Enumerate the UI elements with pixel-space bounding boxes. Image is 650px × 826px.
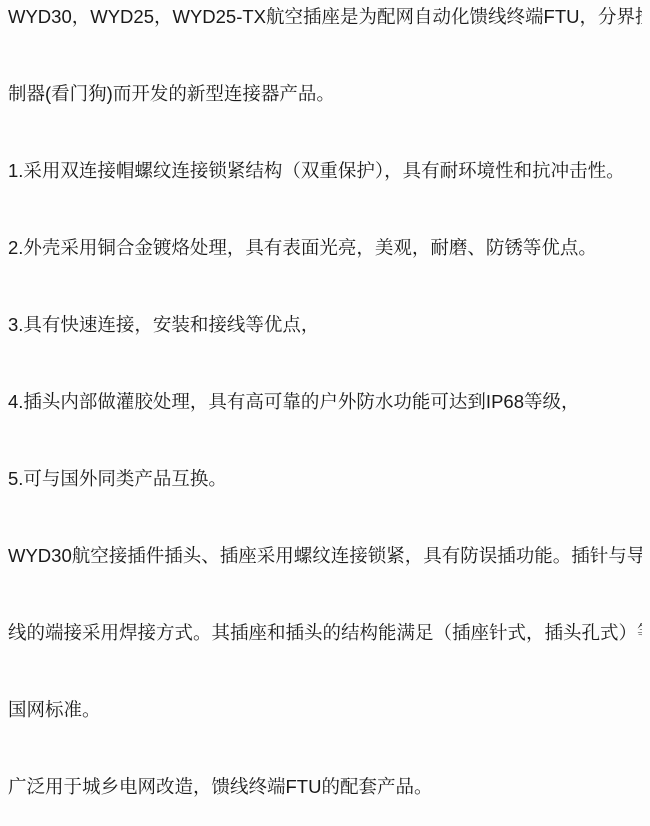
paragraph-feature-3: 3.具有快速连接，安装和接线等优点， [8,286,642,363]
product-description-document: WYD30，WYD25，WYD25-TX航空插座是为配网自动化馈线终端FTU，分… [0,0,650,825]
intro-line-2: 制器(看门狗)而开发的新型连接器产品。 [8,55,642,132]
application-line: 广泛用于城乡电网改造，馈线终端FTU的配套产品。 [8,748,642,825]
paragraph-feature-4: 4.插头内部做灌胶处理，具有高可靠的户外防水功能可达到IP68等级， [8,363,642,440]
paragraph-feature-1: 1.采用双连接帽螺纹连接锁紧结构（双重保护），具有耐环境性和抗冲击性。 [8,132,642,209]
paragraph-application: 广泛用于城乡电网改造，馈线终端FTU的配套产品。 [8,748,642,825]
feature-1-line: 1.采用双连接帽螺纹连接锁紧结构（双重保护），具有耐环境性和抗冲击性。 [8,132,642,209]
paragraph-wyd30-description: WYD30航空接插件插头、插座采用螺纹连接锁紧，具有防误插功能。插针与导 线的端… [8,517,642,748]
paragraph-feature-5: 5.可与国外同类产品互换。 [8,440,642,517]
paragraph-intro: WYD30，WYD25，WYD25-TX航空插座是为配网自动化馈线终端FTU，分… [8,0,642,132]
paragraph-feature-2: 2.外壳采用铜合金镀烙处理，具有表面光亮，美观，耐磨、防锈等优点。 [8,209,642,286]
feature-3-line: 3.具有快速连接，安装和接线等优点， [8,286,642,363]
feature-4-line: 4.插头内部做灌胶处理，具有高可靠的户外防水功能可达到IP68等级， [8,363,642,440]
wyd30-description-line-2: 线的端接采用焊接方式。其插座和插头的结构能满足（插座针式，插头孔式）等 [8,594,642,671]
intro-line-1: WYD30，WYD25，WYD25-TX航空插座是为配网自动化馈线终端FTU，分… [8,0,642,55]
feature-5-line: 5.可与国外同类产品互换。 [8,440,642,517]
wyd30-description-line-3: 国网标准。 [8,671,642,748]
wyd30-description-line-1: WYD30航空接插件插头、插座采用螺纹连接锁紧，具有防误插功能。插针与导 [8,517,642,594]
feature-2-line: 2.外壳采用铜合金镀烙处理，具有表面光亮，美观，耐磨、防锈等优点。 [8,209,642,286]
